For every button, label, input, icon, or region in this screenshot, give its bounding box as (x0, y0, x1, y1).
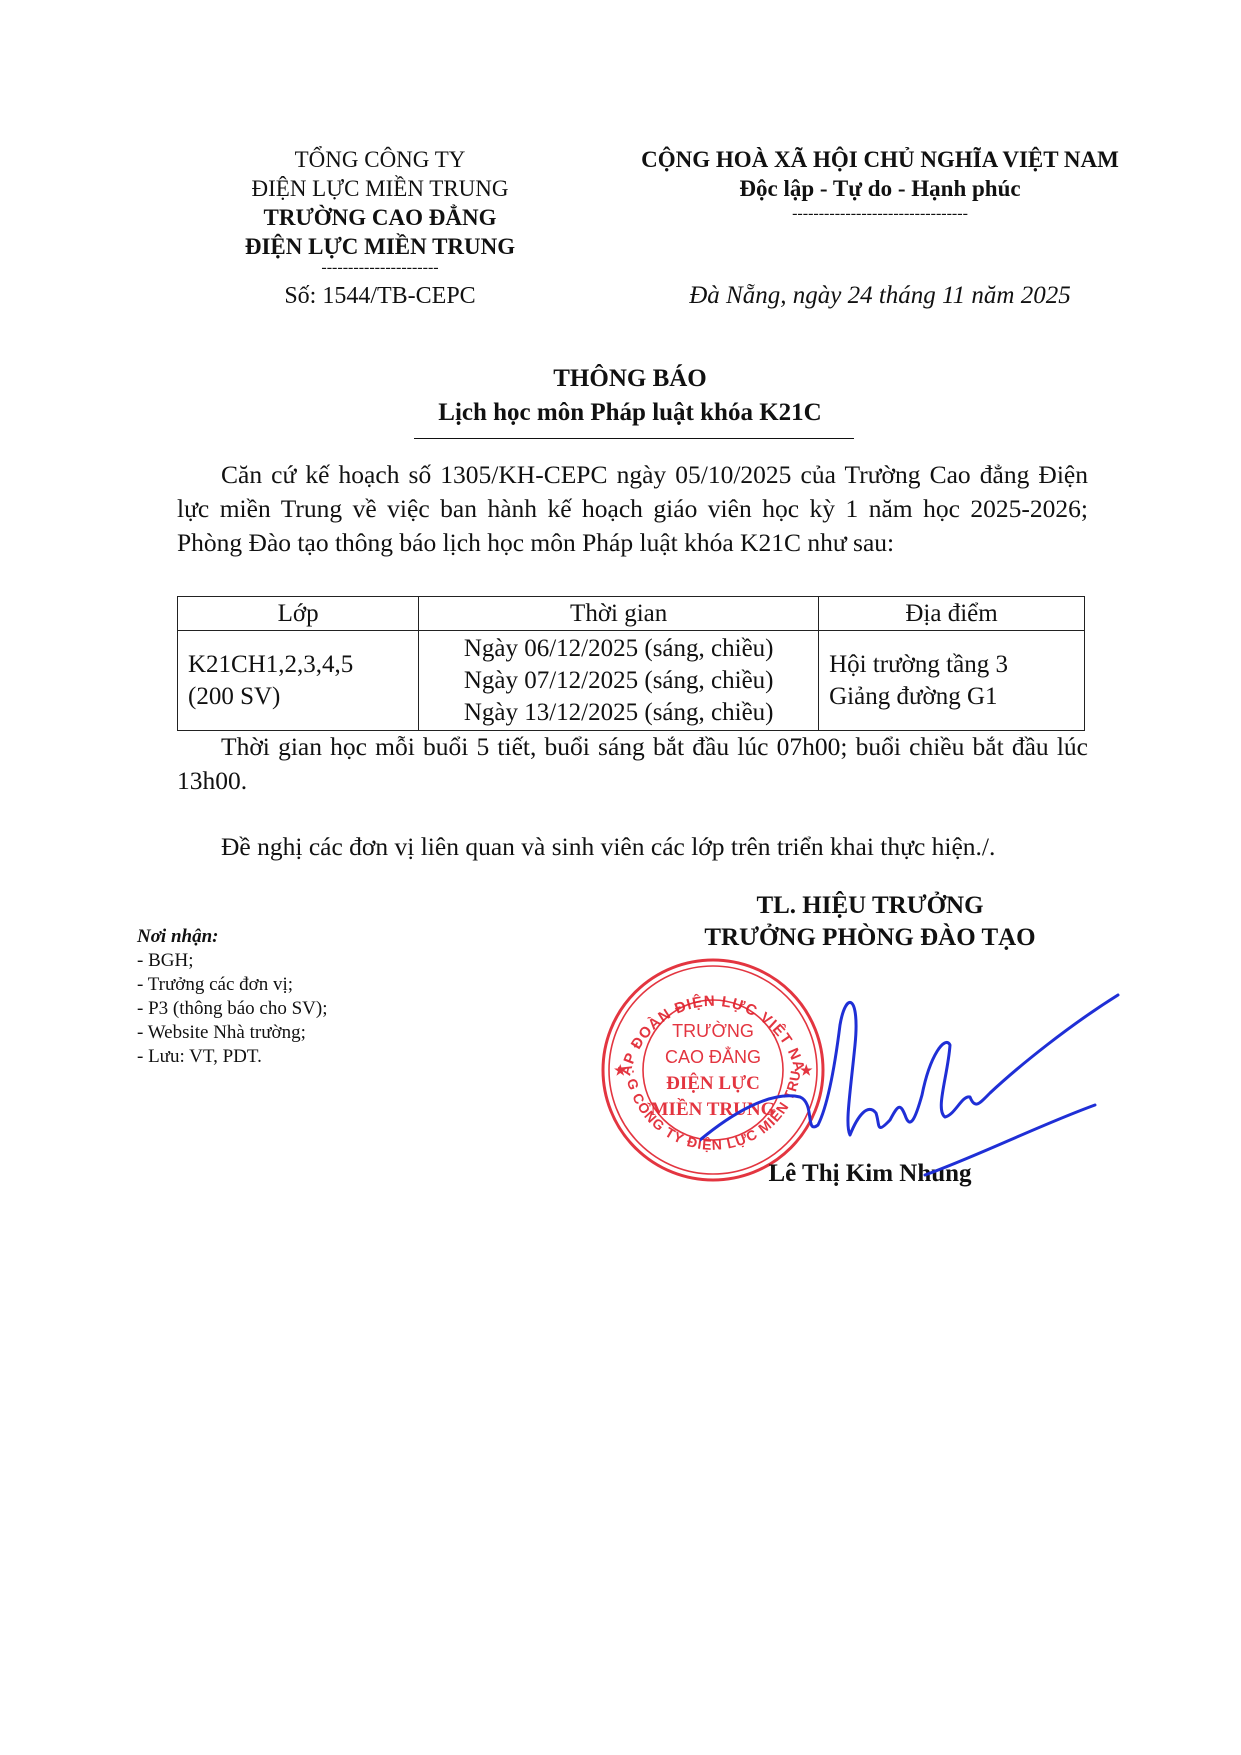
recipient-item: - Trưởng các đơn vị; (137, 973, 557, 997)
paragraph-request: Đề nghị các đơn vị liên quan và sinh viê… (177, 830, 1088, 864)
document-number: Số: 1544/TB-CEPC (180, 283, 580, 310)
document-title: THÔNG BÁO Lịch học môn Pháp luật khóa K2… (290, 362, 970, 430)
cell-time: Ngày 06/12/2025 (sáng, chiều) Ngày 07/12… (419, 631, 819, 731)
signature-position: TRƯỞNG PHÒNG ĐÀO TẠO (620, 922, 1120, 954)
school-name-line2: ĐIỆN LỰC MIỀN TRUNG (180, 232, 580, 261)
paragraph-time-info-text: Thời gian học mỗi buổi 5 tiết, buổi sáng… (177, 732, 1088, 795)
paragraph-basis: Căn cứ kế hoạch số 1305/KH-CEPC ngày 05/… (177, 458, 1088, 560)
schedule-table: Lớp Thời gian Địa điểm K21CH1,2,3,4,5 (2… (177, 596, 1085, 731)
cell-class: K21CH1,2,3,4,5 (200 SV) (178, 631, 419, 731)
national-header: CỘNG HOÀ XÃ HỘI CHỦ NGHĨA VIỆT NAM Độc l… (600, 145, 1160, 225)
place-date: Đà Nẵng, ngày 24 tháng 11 năm 2025 (600, 282, 1160, 310)
table-header-row: Lớp Thời gian Địa điểm (178, 597, 1085, 631)
title-subject: Lịch học môn Pháp luật khóa K21C (290, 396, 970, 430)
school-name-line1: TRƯỜNG CAO ĐẲNG (180, 203, 580, 232)
issuing-organization: TỔNG CÔNG TY ĐIỆN LỰC MIỀN TRUNG TRƯỜNG … (180, 145, 580, 275)
handwritten-signature (700, 985, 1120, 1185)
cell-location: Hội trường tầng 3 Giảng đường G1 (819, 631, 1085, 731)
header-time: Thời gian (419, 597, 819, 631)
recipient-item: - BGH; (137, 949, 557, 973)
location-building: Giảng đường G1 (829, 681, 1074, 713)
divider-dashes-left: ---------------------- (180, 261, 580, 275)
title-underline (414, 438, 854, 439)
paragraph-time-info: Thời gian học mỗi buổi 5 tiết, buổi sáng… (177, 730, 1088, 798)
title-main: THÔNG BÁO (290, 362, 970, 396)
national-title: CỘNG HOÀ XÃ HỘI CHỦ NGHĨA VIỆT NAM (600, 145, 1160, 174)
recipient-item: - Lưu: VT, PDT. (137, 1045, 557, 1069)
seal-star-left-icon: ★ (614, 1062, 627, 1078)
parent-company-line1: TỔNG CÔNG TY (180, 145, 580, 174)
location-hall: Hội trường tầng 3 (829, 649, 1074, 681)
header-location: Địa điểm (819, 597, 1085, 631)
paragraph-basis-text: Căn cứ kế hoạch số 1305/KH-CEPC ngày 05/… (177, 460, 1088, 557)
divider-dashes-right: --------------------------------- (600, 203, 1160, 225)
recipients-list: Nơi nhận: - BGH; - Trưởng các đơn vị; - … (137, 925, 557, 1069)
national-motto: Độc lập - Tự do - Hạnh phúc (600, 174, 1160, 203)
recipient-item: - P3 (thông báo cho SV); (137, 997, 557, 1021)
recipient-item: - Website Nhà trường; (137, 1021, 557, 1045)
signature-title: TL. HIỆU TRƯỞNG TRƯỞNG PHÒNG ĐÀO TẠO (620, 890, 1120, 954)
student-count: (200 SV) (188, 681, 408, 713)
session-date-1: Ngày 06/12/2025 (sáng, chiều) (425, 633, 812, 665)
session-date-2: Ngày 07/12/2025 (sáng, chiều) (425, 665, 812, 697)
class-codes: K21CH1,2,3,4,5 (188, 649, 408, 681)
paragraph-request-text: Đề nghị các đơn vị liên quan và sinh viê… (221, 832, 995, 861)
header-class: Lớp (178, 597, 419, 631)
parent-company-line2: ĐIỆN LỰC MIỀN TRUNG (180, 174, 580, 203)
recipients-heading: Nơi nhận: (137, 925, 557, 949)
signature-authority: TL. HIỆU TRƯỞNG (620, 890, 1120, 922)
session-date-3: Ngày 13/12/2025 (sáng, chiều) (425, 697, 812, 729)
table-row: K21CH1,2,3,4,5 (200 SV) Ngày 06/12/2025 … (178, 631, 1085, 731)
